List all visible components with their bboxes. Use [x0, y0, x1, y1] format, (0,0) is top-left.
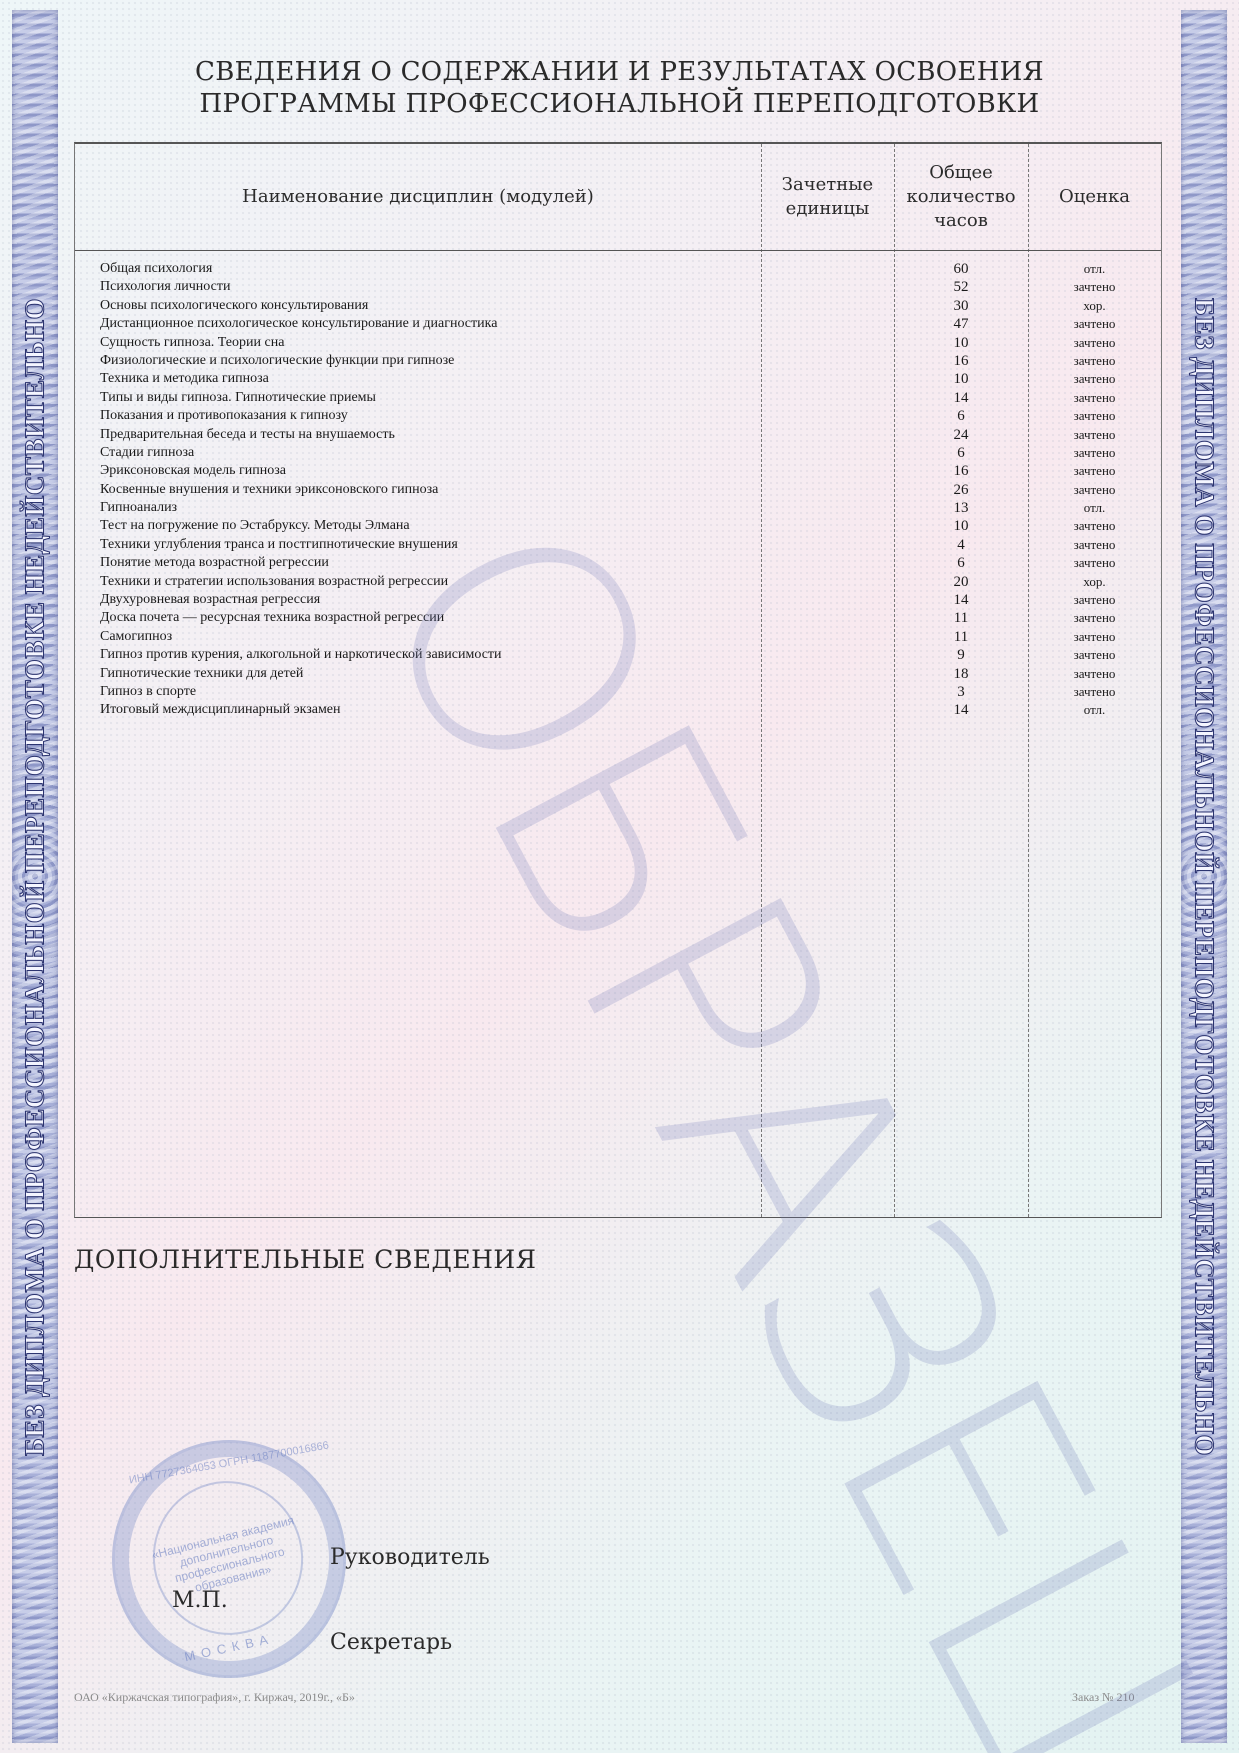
grade-value: зачтено: [1028, 278, 1161, 296]
discipline-name: Физиологические и психологические функци…: [100, 352, 454, 370]
left-security-border: БЕЗ ДИПЛОМА О ПРОФЕССИОНАЛЬНОЙ ПЕРЕПОДГО…: [12, 10, 58, 1743]
discipline-name: Техники углубления транса и постгипнотич…: [100, 536, 458, 554]
grade-value: зачтено: [1028, 517, 1161, 535]
table-row: Физиологические и психологические функци…: [75, 352, 1161, 370]
grade-value: зачтено: [1028, 352, 1161, 370]
discipline-name: Показания и противопоказания к гипнозу: [100, 407, 348, 425]
discipline-name: Доска почета — ресурсная техника возраст…: [100, 609, 444, 627]
table-row: Гипноанализ13отл.: [75, 499, 1161, 517]
table-row: Психология личности52зачтено: [75, 278, 1161, 296]
header-hours: Общее количество часов: [894, 144, 1028, 250]
grade-value: зачтено: [1028, 683, 1161, 701]
discipline-name: Техники и стратегии использования возрас…: [100, 573, 448, 591]
page-title: СВЕДЕНИЯ О СОДЕРЖАНИИ И РЕЗУЛЬТАТАХ ОСВО…: [0, 56, 1239, 120]
discipline-name: Косвенные внушения и техники эриксоновск…: [100, 481, 438, 499]
discipline-name: Эриксоновская модель гипноза: [100, 462, 286, 480]
discipline-name: Техника и методика гипноза: [100, 370, 269, 388]
table-body: Общая психология60отл.Психология личност…: [75, 260, 1161, 720]
grade-value: зачтено: [1028, 389, 1161, 407]
secretary-signature-label: Секретарь: [330, 1630, 452, 1655]
seal-label: М.П.: [172, 1588, 228, 1613]
hours-value: 11: [894, 628, 1028, 646]
additional-info-heading: ДОПОЛНИТЕЛЬНЫЕ СВЕДЕНИЯ: [74, 1245, 536, 1274]
right-border-text: БЕЗ ДИПЛОМА О ПРОФЕССИОНАЛЬНОЙ ПЕРЕПОДГО…: [1189, 298, 1220, 1456]
grade-value: зачтено: [1028, 462, 1161, 480]
discipline-name: Психология личности: [100, 278, 230, 296]
discipline-name: Основы психологического консультирования: [100, 297, 368, 315]
discipline-name: Двухуровневая возрастная регрессия: [100, 591, 320, 609]
hours-value: 26: [894, 481, 1028, 499]
table-row: Косвенные внушения и техники эриксоновск…: [75, 481, 1161, 499]
hours-value: 52: [894, 278, 1028, 296]
grade-value: зачтено: [1028, 591, 1161, 609]
table-row: Сущность гипноза. Теории сна10зачтено: [75, 334, 1161, 352]
hours-value: 6: [894, 554, 1028, 572]
table-row: Гипнотические техники для детей18зачтено: [75, 665, 1161, 683]
hours-value: 10: [894, 370, 1028, 388]
hours-value: 11: [894, 609, 1028, 627]
hours-value: 60: [894, 260, 1028, 278]
hours-value: 3: [894, 683, 1028, 701]
grade-value: зачтено: [1028, 407, 1161, 425]
title-line-2: ПРОГРАММЫ ПРОФЕССИОНАЛЬНОЙ ПЕРЕПОДГОТОВК…: [0, 88, 1239, 120]
discipline-name: Общая психология: [100, 260, 212, 278]
table-row: Гипноз в спорте3зачтено: [75, 683, 1161, 701]
hours-value: 6: [894, 444, 1028, 462]
grade-value: отл.: [1028, 260, 1161, 278]
grade-value: зачтено: [1028, 628, 1161, 646]
grade-value: зачтено: [1028, 334, 1161, 352]
table-row: Предварительная беседа и тесты на внушае…: [75, 426, 1161, 444]
grade-value: отл.: [1028, 499, 1161, 517]
discipline-name: Сущность гипноза. Теории сна: [100, 334, 284, 352]
grade-value: зачтено: [1028, 609, 1161, 627]
header-name: Наименование дисциплин (модулей): [75, 144, 761, 250]
discipline-name: Понятие метода возрастной регрессии: [100, 554, 329, 572]
discipline-name: Тест на погружение по Эстабруксу. Методы…: [100, 517, 410, 535]
table-row: Эриксоновская модель гипноза16зачтено: [75, 462, 1161, 480]
left-border-text: БЕЗ ДИПЛОМА О ПРОФЕССИОНАЛЬНОЙ ПЕРЕПОДГО…: [20, 298, 51, 1456]
table-row: Тест на погружение по Эстабруксу. Методы…: [75, 517, 1161, 535]
grade-value: зачтено: [1028, 444, 1161, 462]
discipline-name: Стадии гипноза: [100, 444, 194, 462]
header-divider: [75, 250, 1161, 251]
table-row: Доска почета — ресурсная техника возраст…: [75, 609, 1161, 627]
grade-value: зачтено: [1028, 554, 1161, 572]
hours-value: 10: [894, 517, 1028, 535]
hours-value: 6: [894, 407, 1028, 425]
table-row: Техники углубления транса и постгипнотич…: [75, 536, 1161, 554]
discipline-name: Гипнотические техники для детей: [100, 665, 303, 683]
discipline-name: Гипноанализ: [100, 499, 177, 517]
table-row: Гипноз против курения, алкогольной и нар…: [75, 646, 1161, 664]
table-row: Понятие метода возрастной регрессии6зачт…: [75, 554, 1161, 572]
hours-value: 20: [894, 573, 1028, 591]
grade-value: зачтено: [1028, 481, 1161, 499]
grade-value: зачтено: [1028, 370, 1161, 388]
discipline-name: Итоговый междисциплинарный экзамен: [100, 701, 341, 719]
hours-value: 10: [894, 334, 1028, 352]
table-row: Общая психология60отл.: [75, 260, 1161, 278]
grade-value: зачтено: [1028, 646, 1161, 664]
table-row: Техника и методика гипноза10зачтено: [75, 370, 1161, 388]
hours-value: 9: [894, 646, 1028, 664]
grade-value: зачтено: [1028, 536, 1161, 554]
table-row: Самогипноз11зачтено: [75, 628, 1161, 646]
table-row: Двухуровневая возрастная регрессия14зачт…: [75, 591, 1161, 609]
hours-value: 16: [894, 352, 1028, 370]
grade-value: отл.: [1028, 701, 1161, 719]
table-row: Стадии гипноза6зачтено: [75, 444, 1161, 462]
hours-value: 13: [894, 499, 1028, 517]
grade-value: зачтено: [1028, 315, 1161, 333]
grade-value: зачтено: [1028, 665, 1161, 683]
hours-value: 14: [894, 389, 1028, 407]
grade-value: зачтено: [1028, 426, 1161, 444]
header-grade: Оценка: [1028, 144, 1161, 250]
grade-value: хор.: [1028, 573, 1161, 591]
hours-value: 18: [894, 665, 1028, 683]
table-row: Итоговый междисциплинарный экзамен14отл.: [75, 701, 1161, 719]
order-number: Заказ № 210: [1072, 1690, 1135, 1705]
grade-value: хор.: [1028, 297, 1161, 315]
discipline-name: Типы и виды гипноза. Гипнотические прием…: [100, 389, 376, 407]
table-row: Показания и противопоказания к гипнозу6з…: [75, 407, 1161, 425]
discipline-name: Предварительная беседа и тесты на внушае…: [100, 426, 395, 444]
hours-value: 47: [894, 315, 1028, 333]
disciplines-table: Наименование дисциплин (модулей) Зачетны…: [74, 142, 1162, 1218]
hours-value: 4: [894, 536, 1028, 554]
table-row: Техники и стратегии использования возрас…: [75, 573, 1161, 591]
table-row: Дистанционное психологическое консультир…: [75, 315, 1161, 333]
stamp-center-text: «Национальная академия дополнительного п…: [137, 1465, 320, 1651]
discipline-name: Самогипноз: [100, 628, 172, 646]
printer-info: ОАО «Киржачская типография», г. Киржач, …: [74, 1690, 355, 1705]
hours-value: 30: [894, 297, 1028, 315]
seal-stamp: ИНН 7727364053 ОГРН 1187700016866 «Нацио…: [112, 1440, 346, 1678]
hours-value: 14: [894, 591, 1028, 609]
title-line-1: СВЕДЕНИЯ О СОДЕРЖАНИИ И РЕЗУЛЬТАТАХ ОСВО…: [0, 56, 1239, 88]
right-security-border: БЕЗ ДИПЛОМА О ПРОФЕССИОНАЛЬНОЙ ПЕРЕПОДГО…: [1181, 10, 1227, 1743]
table-row: Основы психологического консультирования…: [75, 297, 1161, 315]
hours-value: 24: [894, 426, 1028, 444]
discipline-name: Дистанционное психологическое консультир…: [100, 315, 497, 333]
hours-value: 16: [894, 462, 1028, 480]
header-credits: Зачетные единицы: [761, 144, 894, 250]
hours-value: 14: [894, 701, 1028, 719]
discipline-name: Гипноз против курения, алкогольной и нар…: [100, 646, 502, 664]
head-signature-label: Руководитель: [330, 1545, 490, 1570]
discipline-name: Гипноз в спорте: [100, 683, 196, 701]
table-row: Типы и виды гипноза. Гипнотические прием…: [75, 389, 1161, 407]
